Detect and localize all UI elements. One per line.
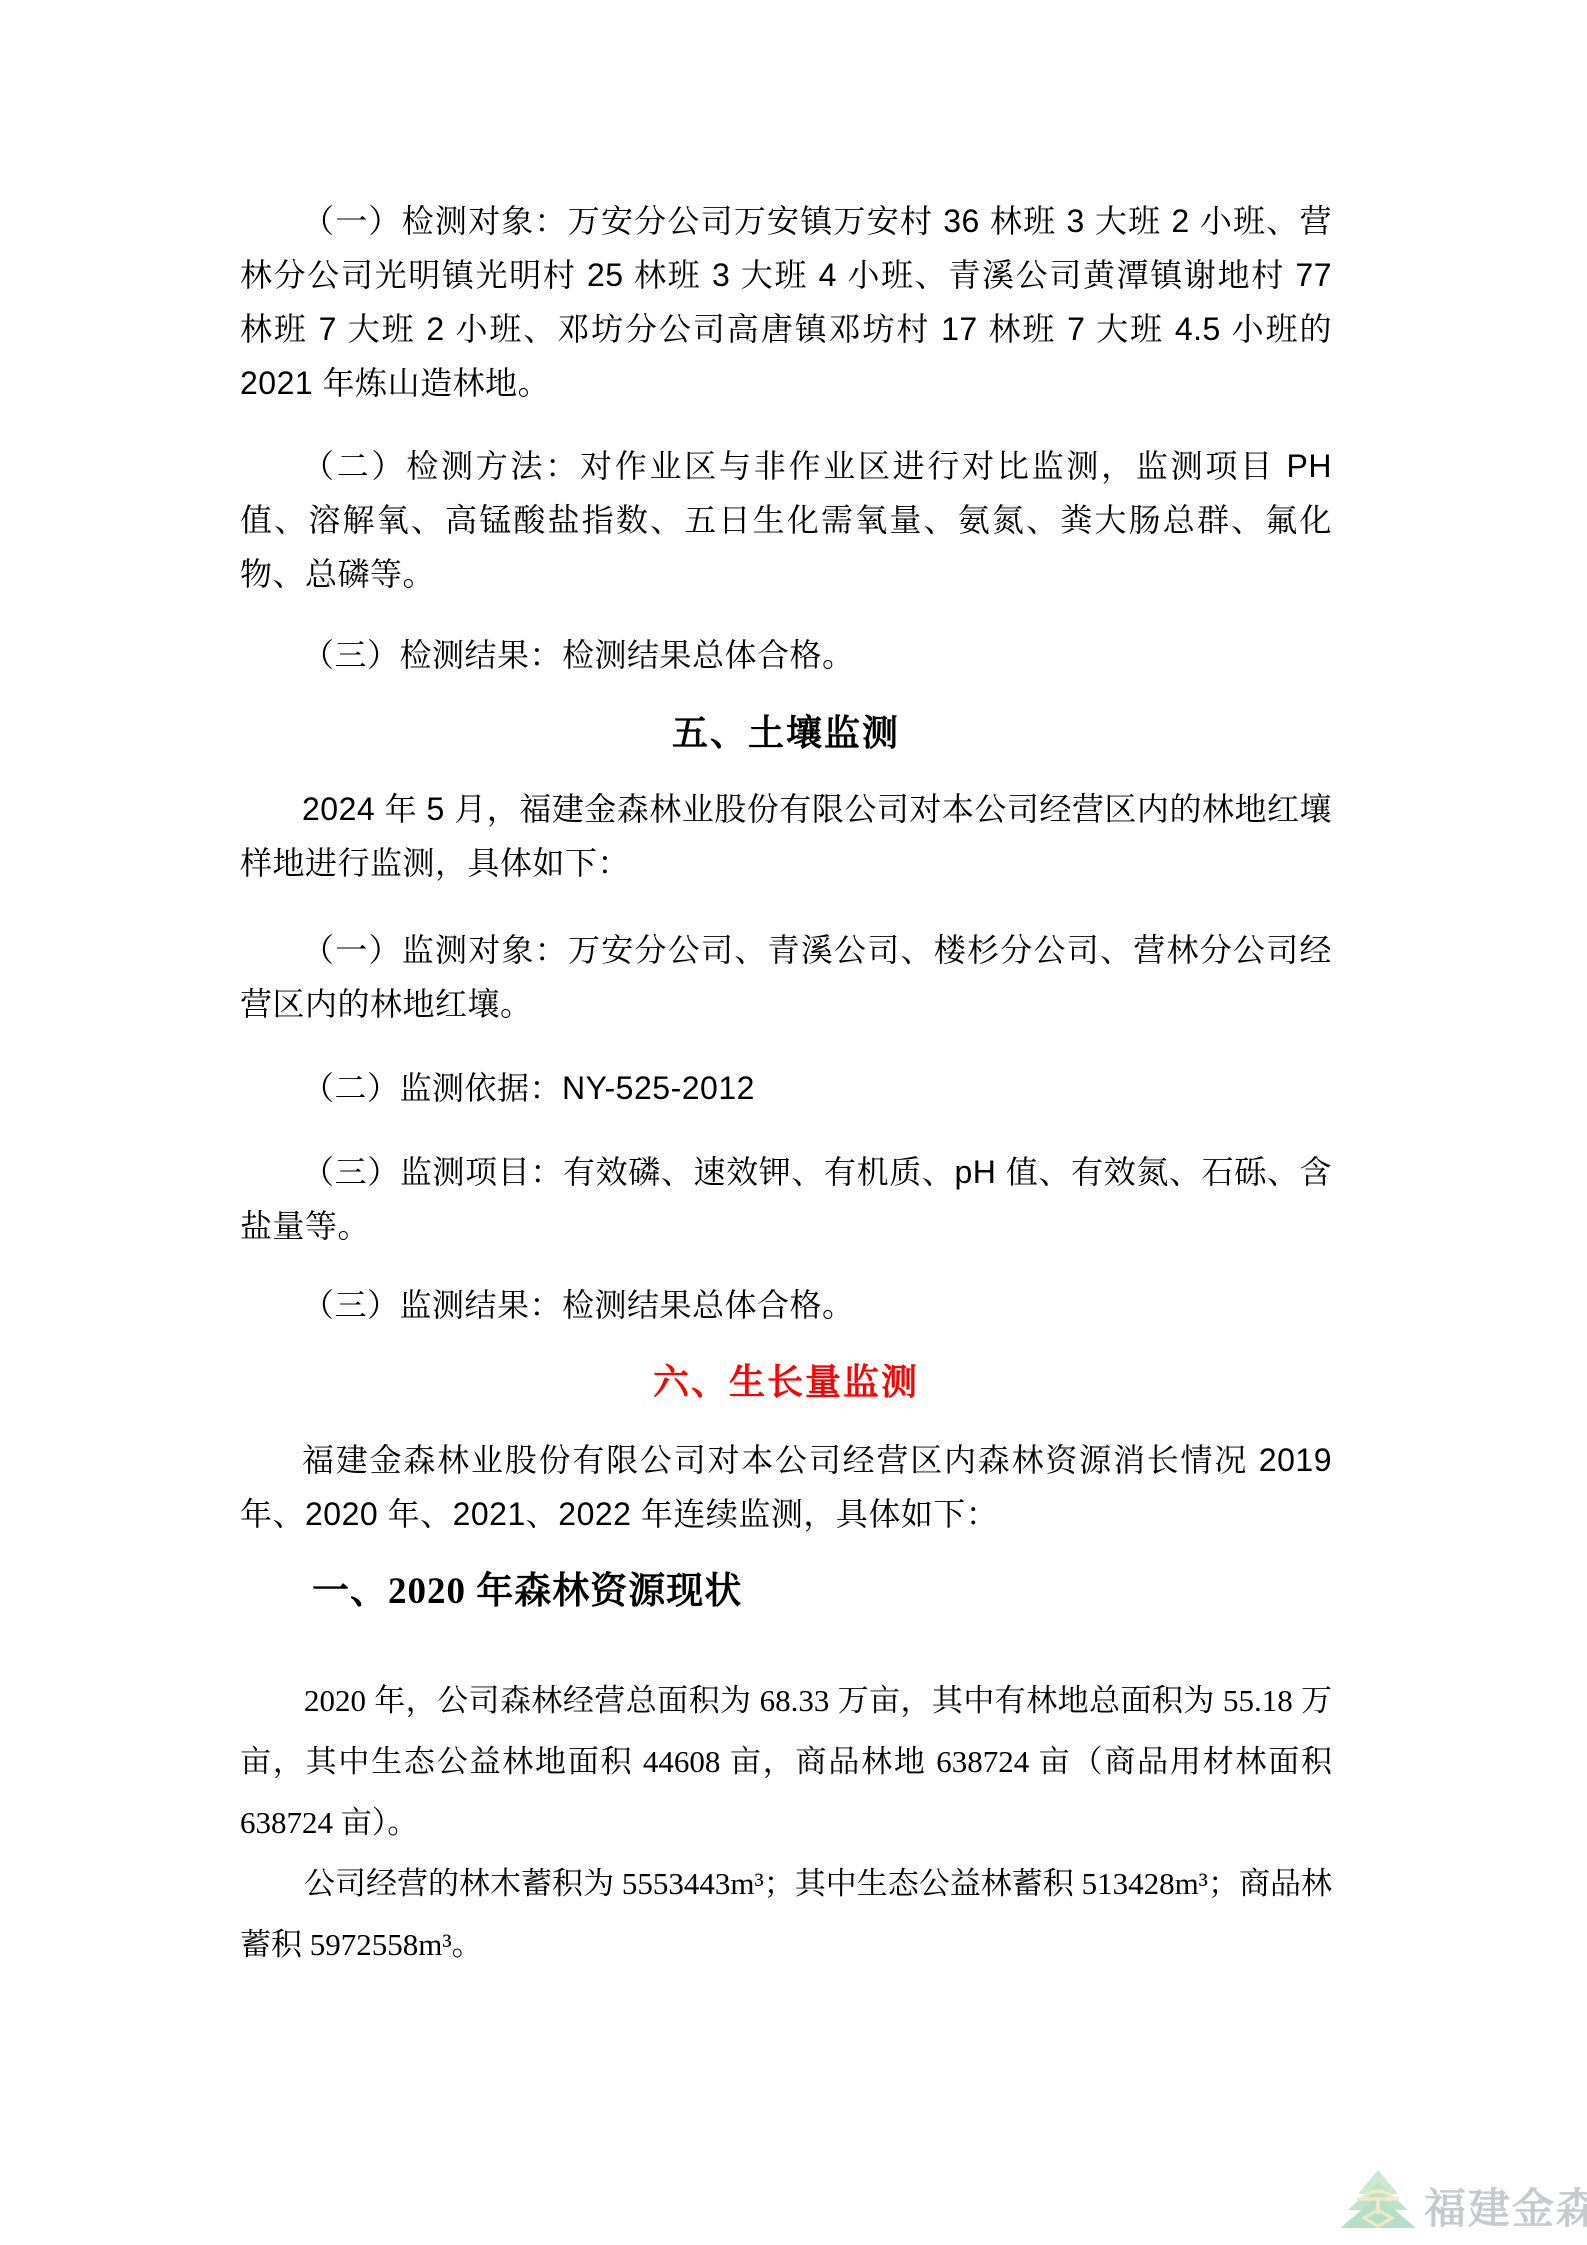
- document-content: （一）检测对象：万安分公司万安镇万安村 36 林班 3 大班 2 小班、营林分公…: [240, 0, 1332, 1975]
- para-soil-monitoring-target: （一）监测对象：万安分公司、青溪公司、楼杉分公司、营林分公司经营区内的林地红壤。: [240, 923, 1332, 1031]
- company-logo: 福建金森: [1338, 2168, 1587, 2232]
- para-soil-monitoring-items: （三）监测项目：有效磷、速效钾、有机质、pH 值、有效氮、石砾、含盐量等。: [240, 1145, 1332, 1253]
- para-forest-area-2020: 2020 年，公司森林经营总面积为 68.33 万亩，其中有林地总面积为 55.…: [240, 1670, 1332, 1853]
- pine-tree-logo-icon: [1338, 2168, 1418, 2232]
- heading-forest-status-2020: 一、2020 年森林资源现状: [240, 1561, 1332, 1622]
- para-soil-intro: 2024 年 5 月，福建金森林业股份有限公司对本公司经营区内的林地红壤样地进行…: [240, 782, 1332, 890]
- para-water-inspection-method: （二）检测方法：对作业区与非作业区进行对比监测，监测项目 PH 值、溶解氧、高锰…: [240, 439, 1332, 601]
- heading-growth-monitoring: 六、生长量监测: [240, 1355, 1332, 1409]
- document-page: （一）检测对象：万安分公司万安镇万安村 36 林班 3 大班 2 小班、营林分公…: [0, 0, 1587, 2245]
- para-forest-stock-2020: 公司经营的林木蓄积为 5553443m³；其中生态公益林蓄积 513428m³；…: [240, 1853, 1332, 1975]
- para-water-inspection-result: （三）检测结果：检测结果总体合格。: [240, 628, 1332, 682]
- para-growth-intro: 福建金森林业股份有限公司对本公司经营区内森林资源消长情况 2019 年、2020…: [240, 1433, 1332, 1541]
- para-soil-monitoring-result: （三）监测结果：检测结果总体合格。: [240, 1278, 1332, 1332]
- company-logo-text: 福建金森: [1424, 2188, 1587, 2232]
- heading-soil-monitoring: 五、土壤监测: [240, 706, 1332, 760]
- para-soil-monitoring-basis: （二）监测依据：NY-525-2012: [240, 1061, 1332, 1115]
- para-water-inspection-target: （一）检测对象：万安分公司万安镇万安村 36 林班 3 大班 2 小班、营林分公…: [240, 194, 1332, 410]
